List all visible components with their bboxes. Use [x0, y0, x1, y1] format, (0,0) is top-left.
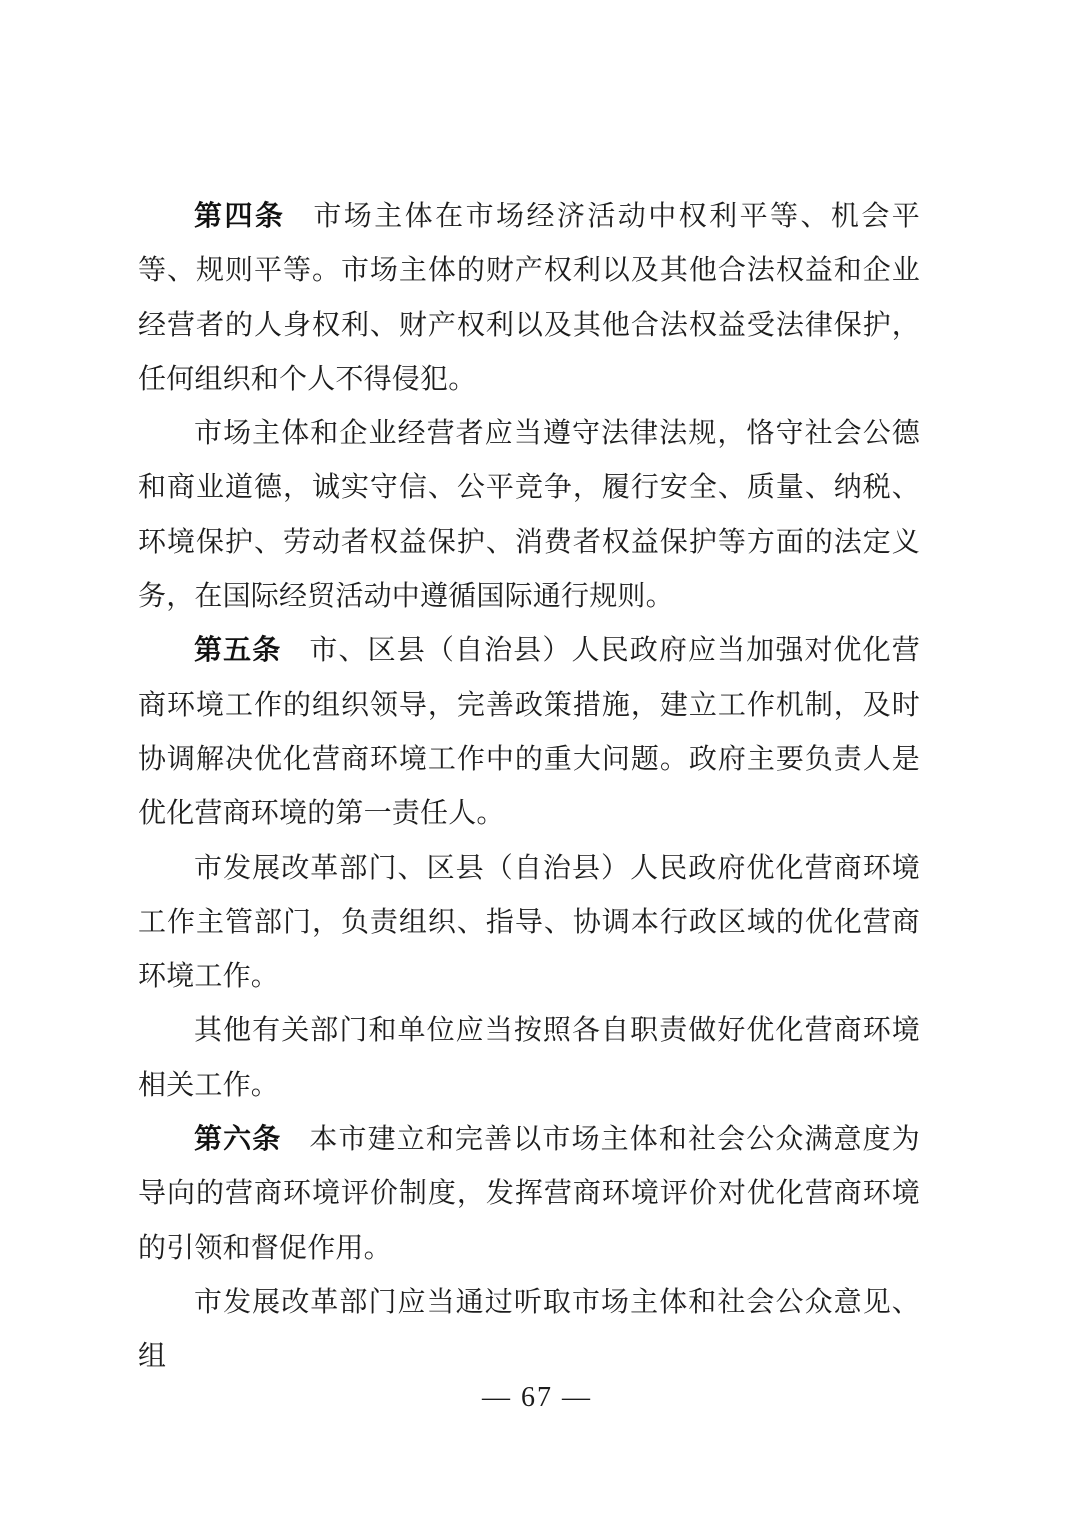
- paragraph-article-6-continued: 市发展改革部门应当通过听取市场主体和社会公众意见、组: [138, 1276, 920, 1385]
- paragraph-development-reform-dept: 市发展改革部门、区县（自治县）人民政府优化营商环境工作主管部门，负责组织、指导、…: [138, 842, 920, 1005]
- paragraph-text: 市发展改革部门应当通过听取市场主体和社会公众意见、组: [138, 1287, 920, 1372]
- paragraph-article-6: 第六条本市建立和完善以市场主体和社会公众满意度为导向的营商环境评价制度，发挥营商…: [138, 1113, 920, 1276]
- paragraph-article-5: 第五条市、区县（自治县）人民政府应当加强对优化营商环境工作的组织领导，完善政策措…: [138, 624, 920, 841]
- document-page: 第四条市场主体在市场经济活动中权利平等、机会平等、规则平等。市场主体的财产权利以…: [0, 0, 1074, 1520]
- article-6-number-label: 第六条: [194, 1124, 281, 1155]
- paragraph-text: 其他有关部门和单位应当按照各自职责做好优化营商环境相关工作。: [138, 1015, 920, 1100]
- article-4-number-label: 第四条: [194, 201, 285, 232]
- paragraph-text: 市发展改革部门、区县（自治县）人民政府优化营商环境工作主管部门，负责组织、指导、…: [138, 853, 920, 993]
- page-number: — 67 —: [0, 1382, 1074, 1414]
- paragraph-text: 市场主体和企业经营者应当遵守法律法规，恪守社会公德和商业道德，诚实守信、公平竞争…: [138, 418, 920, 612]
- paragraph-article-4-duties: 市场主体和企业经营者应当遵守法律法规，恪守社会公德和商业道德，诚实守信、公平竞争…: [138, 407, 920, 624]
- document-body: 第四条市场主体在市场经济活动中权利平等、机会平等、规则平等。市场主体的财产权利以…: [138, 190, 920, 1385]
- article-5-number-label: 第五条: [194, 635, 281, 666]
- paragraph-other-departments: 其他有关部门和单位应当按照各自职责做好优化营商环境相关工作。: [138, 1004, 920, 1113]
- paragraph-article-4: 第四条市场主体在市场经济活动中权利平等、机会平等、规则平等。市场主体的财产权利以…: [138, 190, 920, 407]
